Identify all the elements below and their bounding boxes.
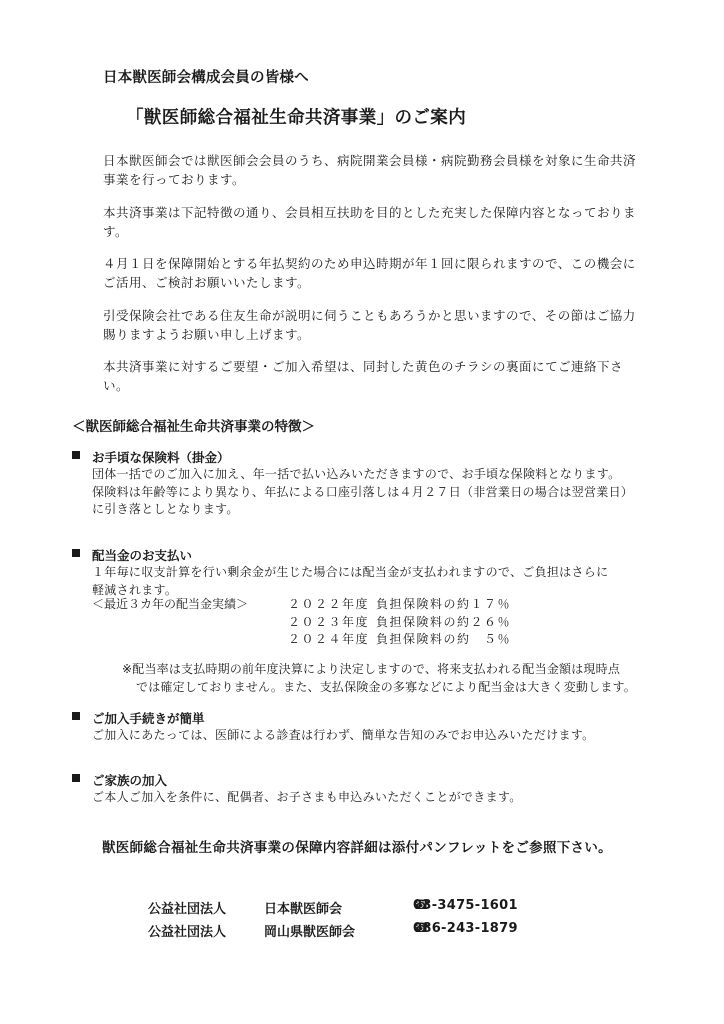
dividend-row: ２０２３年度負担保険料の約２６％ xyxy=(288,614,511,632)
org-type: 公益社団法人 xyxy=(148,898,226,917)
feature-body: 団体一括でのご加入に加え、年一括で払い込みいただきますので、お手頃な保険料となり… xyxy=(92,466,633,519)
intro-paragraph: 日本獣医師会では獣医師会会員のうち、病院開業会員様・病院勤務会員様を対象に生命共… xyxy=(103,151,643,189)
dividend-row: ２０２２年度負担保険料の約１７％ xyxy=(288,596,511,614)
features-heading: ＜獣医師総合福祉生命共済事業の特徴＞ xyxy=(72,415,315,435)
feature-body: ご加入にあたっては、医師による診査は行わず、簡単な告知のみでお申込みいただけます… xyxy=(92,727,594,745)
closing-note: 獣医師総合福祉生命共済事業の保障内容詳細は添付パンフレットをご参照下さい。 xyxy=(102,836,612,856)
dividend-year: ２０２４年度 xyxy=(288,631,376,649)
dividend-label: ＜最近３カ年の配当金実績＞ xyxy=(92,596,248,614)
feature-body-line: 保険料は年齢等により異なり、年払による口座引落しは４月２７日（非営業日の場合は翌… xyxy=(92,484,633,502)
feature-title: 配当金のお支払い xyxy=(92,546,192,564)
intro-paragraph: 本共済事業は下記特徴の通り、会員相互扶助を目的とした充実した保障内容となっており… xyxy=(103,203,643,241)
dividend-value: 負担保険料の約 ５％ xyxy=(376,632,511,646)
note-line: では確定しておりません。また、支払保険金の多寡などにより配当金は大きく変動します… xyxy=(122,678,636,696)
phone-text: 03-3475-1601 xyxy=(413,898,518,913)
feature-title: お手頃な保険料（掛金） xyxy=(92,448,230,466)
feature-body-line: 団体一括でのご加入に加え、年一括で払い込みいただきますので、お手頃な保険料となり… xyxy=(92,466,633,484)
dividend-note: ※配当率は支払時期の前年度決算により決定しますので、将来支払われる配当金額は現時… xyxy=(122,660,636,696)
feature-title: ご家族の加入 xyxy=(92,771,167,789)
square-bullet-icon xyxy=(72,549,80,557)
square-bullet-icon xyxy=(72,774,80,782)
square-bullet-icon xyxy=(72,712,80,720)
greeting: 日本獣医師会構成会員の皆様へ xyxy=(103,66,309,87)
intro-paragraph: 本共済事業に対するご要望・ご加入希望は、同封した黄色のチラシの裏面にてご連絡下さ… xyxy=(103,357,643,395)
phone-text: 086-243-1879 xyxy=(413,921,518,936)
feature-body-line: １年毎に収支計算を行い剰余金が生じた場合には配当金が支払われますので、ご負担はさ… xyxy=(92,564,608,582)
org-name: 日本獣医師会 xyxy=(264,898,342,917)
dividend-value: 負担保険料の約１７％ xyxy=(376,597,511,611)
dividend-year: ２０２２年度 xyxy=(288,596,376,614)
document-title: 「獣医師総合福祉生命共済事業」のご案内 xyxy=(126,104,466,129)
feature-body: ご本人ご加入を条件に、配偶者、お子さまも申込みいただくことができます。 xyxy=(92,789,522,807)
feature-body: １年毎に収支計算を行い剰余金が生じた場合には配当金が支払われますので、ご負担はさ… xyxy=(92,564,608,599)
dividend-row: ２０２４年度負担保険料の約 ５％ xyxy=(288,631,511,649)
square-bullet-icon xyxy=(72,451,80,459)
feature-body-line: に引き落としとなります。 xyxy=(92,501,633,519)
org-name: 岡山県獣医師会 xyxy=(264,921,355,940)
feature-title: ご加入手続きが簡単 xyxy=(92,709,205,727)
intro-paragraph: 引受保険会社である住友生命が説明に伺うこともあろうかと思いますので、その節はご協… xyxy=(103,306,643,344)
dividend-value: 負担保険料の約２６％ xyxy=(376,615,511,629)
note-line: ※配当率は支払時期の前年度決算により決定しますので、将来支払われる配当金額は現時… xyxy=(122,660,636,678)
feature-body-line: ご本人ご加入を条件に、配偶者、お子さまも申込みいただくことができます。 xyxy=(92,789,522,807)
org-type: 公益社団法人 xyxy=(148,921,226,940)
dividend-year: ２０２３年度 xyxy=(288,614,376,632)
intro-paragraph: ４月１日を保障開始とする年払契約のため申込時期が年１回に限られますので、この機会… xyxy=(103,254,643,292)
feature-body-line: ご加入にあたっては、医師による診査は行わず、簡単な告知のみでお申込みいただけます… xyxy=(92,727,594,745)
